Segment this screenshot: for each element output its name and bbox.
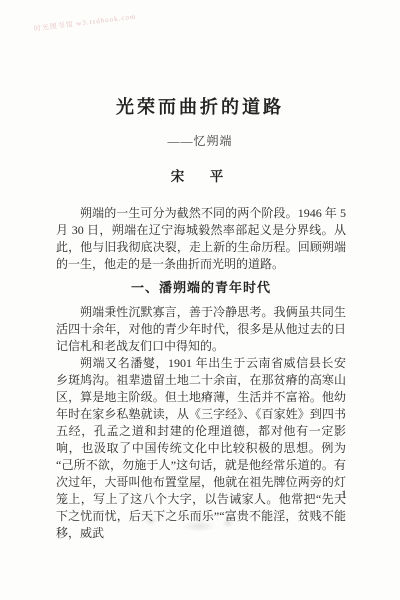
author-name: 宋 平 [0,165,400,185]
scan-smudge [182,520,216,532]
paragraph-1: 朔端的一生可分为截然不同的两个阶段。1946 年 5 月 30 日，朔端在辽宁海… [56,205,346,273]
article-subtitle: ——忆朔端 [0,132,400,149]
paragraph-2: 朔端秉性沉默寡言，善于冷静思考。我俩虽共同生活四十余年，对他的青少年时代，很多是… [56,304,346,355]
article-title: 光荣而曲折的道路 [0,0,400,119]
section-heading: 一、潘朔端的青年时代 [56,279,346,296]
scan-smudge [222,518,234,528]
scan-smudge [144,516,158,526]
body-text: 朔端的一生可分为截然不同的两个阶段。1946 年 5 月 30 日，朔端在辽宁海… [56,205,346,542]
paragraph-3: 朔端又名潘燮，1901 年出生于云南省威信县长安乡斑鸠沟。祖辈遗留土地二十余亩，… [56,355,346,542]
page-number: 1 [341,487,347,502]
scanned-book-page: 时光图书馆 w3.tsdbook.com 光荣而曲折的道路 ——忆朔端 宋 平 … [0,0,400,600]
